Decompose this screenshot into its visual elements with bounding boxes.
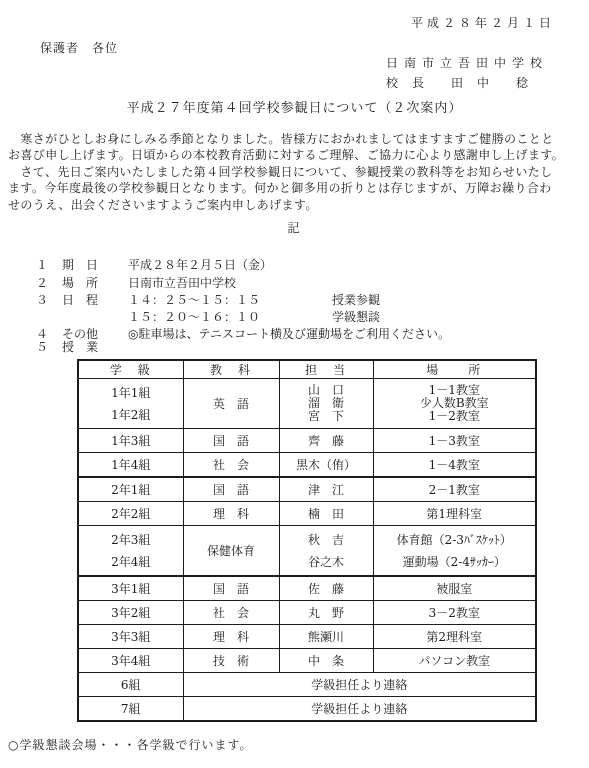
cell-subject: 保健体育 <box>183 526 279 577</box>
detail-row-place: ２ 場 所 日南市立吾田中学校 <box>0 274 589 290</box>
document-page: 平成２８年２月１日 保護者 各位 日南市立吾田中学校 校 長 田 中 稔 平成２… <box>0 0 589 768</box>
cell-teacher: 秋 吉 谷之木 <box>279 526 373 577</box>
cell-teacher: 楠 田 <box>279 502 373 526</box>
class-label: 1年1組 <box>79 384 183 401</box>
cell-class: 1年1組 1年2組 <box>78 379 183 429</box>
detail-row-schedule-1: ３ 日 程 １４：２５～１５：１５ 授業参観 <box>0 291 589 307</box>
col-header-subject: 教 科 <box>183 360 279 379</box>
closing-note: ○学級懇談会場・・・各学級で行います。 <box>8 736 253 753</box>
detail-label: 期 日 <box>62 256 98 273</box>
cell-subject: 英 語 <box>183 379 279 429</box>
table-row: 2年3組 2年4組 保健体育 秋 吉 谷之木 体育館（2-3ﾊﾞｽｹｯﾄ） 運動… <box>78 526 536 577</box>
col-header-class: 学 級 <box>78 360 183 379</box>
table-row: 7組 学級担任より連絡 <box>78 697 536 722</box>
col-header-teacher: 担 当 <box>279 360 373 379</box>
col-header-place: 場 所 <box>373 360 536 379</box>
cell-subject: 理 科 <box>183 502 279 526</box>
doc-date: 平成２８年２月１日 <box>411 14 555 31</box>
detail-row-lessons: ５ 授 業 <box>0 338 589 354</box>
cell-class: 6組 <box>78 673 183 697</box>
place-label: 運動場（2-4ｻｯｶｰ） <box>374 553 536 570</box>
table-row: 3年3組 理 科 熊瀬川 第2理科室 <box>78 625 536 649</box>
body-line: さて、先日ご案内いたしました第４回学校参観日について、参観授業の教科等をお知らせ… <box>8 164 584 180</box>
table-row: 3年1組 国 語 佐 藤 被服室 <box>78 576 536 601</box>
cell-place: 1－3教室 <box>373 429 536 453</box>
cell-subject: 国 語 <box>183 576 279 601</box>
cell-class: 3年3組 <box>78 625 183 649</box>
sender-school-name: 日南市立吾田中学校 <box>386 54 548 71</box>
detail-number: ５ <box>36 338 48 355</box>
detail-label: 授 業 <box>62 338 98 355</box>
detail-row-schedule-2: １５：２０～１６：１０ 学級懇談 <box>0 308 589 324</box>
cell-class: 1年4組 <box>78 453 183 478</box>
table-row: 1年4組 社 会 黒木（侑） 1－4教室 <box>78 453 536 478</box>
body-line: お喜び申し上げます。日頃からの本校教育活動に対するご理解、ご協力に心より感謝申し… <box>8 147 584 163</box>
cell-span-note: 学級担任より連絡 <box>183 697 536 722</box>
body-line: 寒さがひとしお身にしみる季節となりました。皆様方におかれましてはますますご健勝の… <box>8 131 584 147</box>
cell-teacher: 津 江 <box>279 477 373 502</box>
detail-value: １４：２５～１５：１５ <box>128 291 260 308</box>
detail-note: 授業参観 <box>332 291 380 308</box>
detail-number: １ <box>36 256 48 273</box>
cell-place: 3－2教室 <box>373 601 536 625</box>
detail-number: ２ <box>36 274 48 291</box>
table-row: 2年1組 国 語 津 江 2－1教室 <box>78 477 536 502</box>
table-row: 2年2組 理 科 楠 田 第1理科室 <box>78 502 536 526</box>
body-paragraphs: 寒さがひとしお身にしみる季節となりました。皆様方におかれましてはますますご健勝の… <box>8 131 584 213</box>
cell-teacher: 中 条 <box>279 649 373 673</box>
cell-teacher: 熊瀬川 <box>279 625 373 649</box>
table-row: 6組 学級担任より連絡 <box>78 673 536 697</box>
teacher-name: 秋 吉 <box>280 531 373 548</box>
cell-place: 1－4教室 <box>373 453 536 478</box>
cell-class: 3年4組 <box>78 649 183 673</box>
place-label: 1－2教室 <box>374 410 536 423</box>
cell-place: 1－1教室 少人数B教室 1－2教室 <box>373 379 536 429</box>
detail-label: 場 所 <box>62 274 98 291</box>
cell-teacher: 丸 野 <box>279 601 373 625</box>
cell-class: 3年1組 <box>78 576 183 601</box>
record-marker: 記 <box>0 219 589 236</box>
cell-subject: 国 語 <box>183 429 279 453</box>
teacher-name: 谷之木 <box>280 553 373 570</box>
cell-teacher: 齊 藤 <box>279 429 373 453</box>
doc-title: 平成２７年度第４回学校参観日について（２次案内） <box>0 97 589 116</box>
cell-teacher: 山 口 溜 衛 宮 下 <box>279 379 373 429</box>
detail-value: １５：２０～１６：１０ <box>128 308 260 325</box>
schedule-table: 学 級 教 科 担 当 場 所 1年1組 1年2組 英 語 山 口 溜 衛 宮 … <box>77 359 537 722</box>
table-row: 3年2組 社 会 丸 野 3－2教室 <box>78 601 536 625</box>
cell-class: 3年2組 <box>78 601 183 625</box>
detail-note: 学級懇談 <box>332 308 380 325</box>
cell-subject: 技 術 <box>183 649 279 673</box>
cell-place: 体育館（2-3ﾊﾞｽｹｯﾄ） 運動場（2-4ｻｯｶｰ） <box>373 526 536 577</box>
table-row: 1年1組 1年2組 英 語 山 口 溜 衛 宮 下 1－1教室 少人数B教室 1… <box>78 379 536 429</box>
cell-teacher: 佐 藤 <box>279 576 373 601</box>
cell-class: 1年3組 <box>78 429 183 453</box>
detail-number: ３ <box>36 291 48 308</box>
cell-teacher: 黒木（侑） <box>279 453 373 478</box>
cell-class: 2年2組 <box>78 502 183 526</box>
detail-value: 日南市立吾田中学校 <box>128 274 236 291</box>
cell-class: 7組 <box>78 697 183 722</box>
class-label: 2年3組 <box>79 531 183 548</box>
place-label: 体育館（2-3ﾊﾞｽｹｯﾄ） <box>374 531 536 548</box>
sender-principal-name: 校 長 田 中 稔 <box>386 74 529 91</box>
cell-place: パソコン教室 <box>373 649 536 673</box>
table-header-row: 学 級 教 科 担 当 場 所 <box>78 360 536 379</box>
cell-subject: 国 語 <box>183 477 279 502</box>
cell-subject: 理 科 <box>183 625 279 649</box>
detail-row-date: １ 期 日 平成２８年２月５日（金） <box>0 256 589 272</box>
teacher-name: 宮 下 <box>280 410 373 423</box>
cell-place: 第2理科室 <box>373 625 536 649</box>
cell-place: 2－1教室 <box>373 477 536 502</box>
cell-span-note: 学級担任より連絡 <box>183 673 536 697</box>
body-line: ます。今年度最後の学校参観日となります。何かと御多用の折りとは存じますが、万障お… <box>8 180 584 196</box>
cell-class: 2年3組 2年4組 <box>78 526 183 577</box>
addressee: 保護者 各位 <box>40 39 118 56</box>
cell-place: 第1理科室 <box>373 502 536 526</box>
detail-label: 日 程 <box>62 291 98 308</box>
class-label: 2年4組 <box>79 553 183 570</box>
cell-subject: 社 会 <box>183 601 279 625</box>
table-row: 1年3組 国 語 齊 藤 1－3教室 <box>78 429 536 453</box>
detail-value: 平成２８年２月５日（金） <box>128 256 272 273</box>
cell-subject: 社 会 <box>183 453 279 478</box>
body-line: せのうえ、出会くださいますようご案内申しあげます。 <box>8 197 584 213</box>
cell-class: 2年1組 <box>78 477 183 502</box>
cell-place: 被服室 <box>373 576 536 601</box>
table-row: 3年4組 技 術 中 条 パソコン教室 <box>78 649 536 673</box>
class-label: 1年2組 <box>79 406 183 423</box>
